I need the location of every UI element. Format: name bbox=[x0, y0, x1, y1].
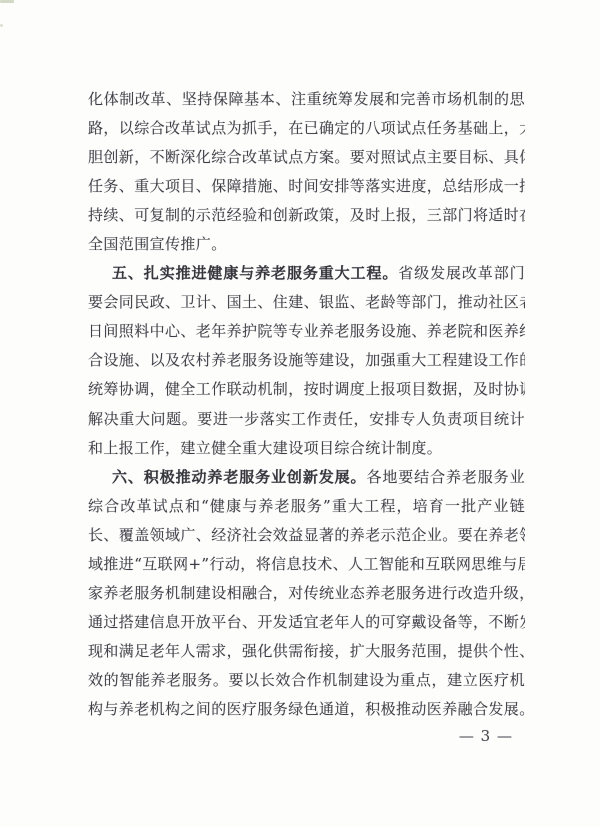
text-line: 统筹协调，健全工作联动机制，按时调度上报项目数据，及时协调 bbox=[88, 375, 525, 404]
line-text: 化体制改革、坚持保障基本、注重统筹发展和完善市场机制的思 bbox=[88, 90, 525, 108]
line-text: 路，以综合改革试点为抓手，在已确定的八项试点任务基础上，大 bbox=[88, 119, 525, 137]
text-line: 六、积极推动养老服务业创新发展。各地要结合养老服务业 bbox=[88, 463, 525, 492]
text-line: 日间照料中心、老年养护院等专业养老服务设施、养老院和医养结 bbox=[88, 317, 525, 346]
text-line: 综合改革试点和“健康与养老服务”重大工程，培育一批产业链 bbox=[88, 492, 525, 521]
line-text: 各地要结合养老服务业 bbox=[366, 468, 525, 486]
line-text: 效的智能养老服务。要以长效合作机制建设为重点，建立医疗机 bbox=[88, 671, 525, 689]
line-text: 省级发展改革部门 bbox=[398, 264, 525, 282]
line-text: 综合改革试点和“健康与养老服务”重大工程，培育一批产业链 bbox=[88, 497, 525, 515]
line-text: 全国范围宣传推广。 bbox=[88, 235, 227, 253]
text-line: 构与养老机构之间的医疗服务绿色通道，积极推动医养融合发展。 bbox=[88, 695, 525, 724]
line-text: 通过搭建信息开放平台、开发适宜老年人的可穿戴设备等，不断发 bbox=[88, 613, 525, 631]
page-number: — 3 — bbox=[0, 725, 513, 747]
text-line: 效的智能养老服务。要以长效合作机制建设为重点，建立医疗机 bbox=[88, 666, 525, 695]
page: 化体制改革、坚持保障基本、注重统筹发展和完善市场机制的思路，以综合改革试点为抓手… bbox=[0, 0, 600, 827]
text-line: 通过搭建信息开放平台、开发适宜老年人的可穿戴设备等，不断发 bbox=[88, 608, 525, 637]
line-text: 统筹协调，健全工作联动机制，按时调度上报项目数据，及时协调 bbox=[88, 380, 525, 398]
text-line: 胆创新，不断深化综合改革试点方案。要对照试点主要目标、具体 bbox=[88, 143, 525, 172]
line-text: 解决重大问题。要进一步落实工作责任，安排专人负责项目统计 bbox=[88, 410, 525, 428]
text-line: 持续、可复制的示范经验和创新政策，及时上报，三部门将适时在 bbox=[88, 201, 525, 230]
text-line: 全国范围宣传推广。 bbox=[88, 230, 525, 259]
line-text: 构与养老机构之间的医疗服务绿色通道，积极推动医养融合发展。 bbox=[88, 700, 525, 718]
scan-speck bbox=[0, 24, 3, 27]
line-text: 胆创新，不断深化综合改革试点方案。要对照试点主要目标、具体 bbox=[88, 148, 525, 166]
line-text: 家养老服务机制建设相融合，对传统业态养老服务进行改造升级， bbox=[88, 584, 525, 602]
text-line: 化体制改革、坚持保障基本、注重统筹发展和完善市场机制的思 bbox=[88, 85, 525, 114]
line-text: 和上报工作，建立健全重大建设项目综合统计制度。 bbox=[88, 439, 442, 457]
text-line: 现和满足老年人需求，强化供需衔接，扩大服务范围，提供个性、高 bbox=[88, 637, 525, 666]
line-text: 持续、可复制的示范经验和创新政策，及时上报，三部门将适时在 bbox=[88, 206, 525, 224]
line-text: 合设施、以及农村养老服务设施等建设，加强重大工程建设工作的 bbox=[88, 351, 525, 369]
text-line: 域推进“互联网+”行动，将信息技术、人工智能和互联网思维与居 bbox=[88, 550, 525, 579]
text-line: 五、扎实推进健康与养老服务重大工程。省级发展改革部门 bbox=[88, 259, 525, 288]
line-text: 现和满足老年人需求，强化供需衔接，扩大服务范围，提供个性、高 bbox=[88, 642, 525, 660]
section-heading: 五、扎实推进健康与养老服务重大工程。 bbox=[112, 264, 398, 282]
line-text: 要会同民政、卫计、国土、住建、银监、老龄等部门，推动社区老年人 bbox=[88, 293, 525, 311]
line-text: 长、覆盖领域广、经济社会效益显著的养老示范企业。要在养老领 bbox=[88, 526, 525, 544]
text-line: 路，以综合改革试点为抓手，在已确定的八项试点任务基础上，大 bbox=[88, 114, 525, 143]
line-text: 日间照料中心、老年养护院等专业养老服务设施、养老院和医养结 bbox=[88, 322, 525, 340]
text-line: 任务、重大项目、保障措施、时间安排等落实进度，总结形成一批可 bbox=[88, 172, 525, 201]
text-line: 解决重大问题。要进一步落实工作责任，安排专人负责项目统计 bbox=[88, 405, 525, 434]
line-text: 域推进“互联网+”行动，将信息技术、人工智能和互联网思维与居 bbox=[88, 555, 525, 573]
text-line: 和上报工作，建立健全重大建设项目综合统计制度。 bbox=[88, 434, 525, 463]
text-line: 长、覆盖领域广、经济社会效益显著的养老示范企业。要在养老领 bbox=[88, 521, 525, 550]
line-text: 任务、重大项目、保障措施、时间安排等落实进度，总结形成一批可 bbox=[88, 177, 525, 195]
document-body: 化体制改革、坚持保障基本、注重统筹发展和完善市场机制的思路，以综合改革试点为抓手… bbox=[88, 85, 525, 724]
text-line: 合设施、以及农村养老服务设施等建设，加强重大工程建设工作的 bbox=[88, 346, 525, 375]
section-heading: 六、积极推动养老服务业创新发展。 bbox=[112, 468, 366, 486]
scan-artifact bbox=[0, 0, 14, 3]
text-line: 要会同民政、卫计、国土、住建、银监、老龄等部门，推动社区老年人 bbox=[88, 288, 525, 317]
text-line: 家养老服务机制建设相融合，对传统业态养老服务进行改造升级， bbox=[88, 579, 525, 608]
